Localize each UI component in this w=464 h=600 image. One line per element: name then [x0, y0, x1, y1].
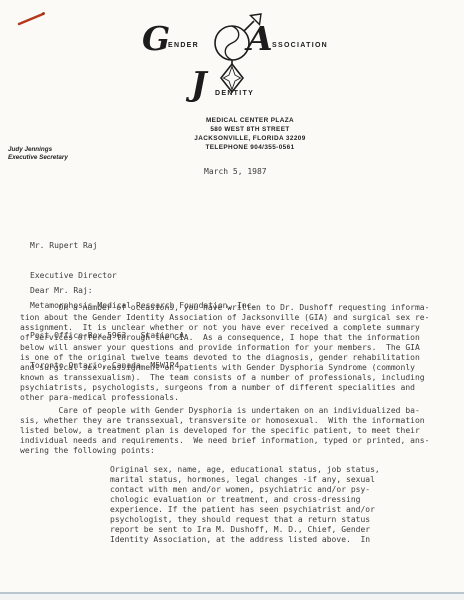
- address-line: MEDICAL CENTER PLAZA: [155, 116, 345, 125]
- logo-gender-word: ENDER: [168, 42, 199, 49]
- scanned-letter-page: G ENDER A SSOCIATION J DENTITY MEDICAL C…: [0, 0, 464, 600]
- logo-gender-initial: G: [142, 22, 170, 55]
- staff-name: Judy Jennings: [8, 146, 68, 154]
- body-paragraph-2: Care of people with Gender Dysphoria is …: [20, 406, 450, 456]
- address-line: TELEPHONE 904/355-0561: [155, 143, 345, 152]
- recipient-line: Mr. Rupert Raj: [30, 241, 256, 251]
- staff-title: Executive Secretary: [8, 154, 68, 162]
- address-line: 580 WEST 8TH STREET: [155, 125, 345, 134]
- body-paragraph-1: On a number of occasions, you have writt…: [20, 303, 450, 403]
- gender-symbol-icon: [202, 5, 272, 97]
- staff-block: Judy Jennings Executive Secretary: [8, 146, 68, 162]
- letter-date: March 5, 1987: [204, 167, 267, 177]
- recipient-line: Executive Director: [30, 271, 256, 281]
- address-line: JACKSONVILLE, FLORIDA 32209: [155, 134, 345, 143]
- red-pen-mark-icon: [14, 6, 54, 30]
- body-indented-block: Original sex, name, age, educational sta…: [110, 465, 410, 545]
- scan-edge-margin: [0, 594, 464, 600]
- logo-association-word: SSOCIATION: [272, 42, 328, 49]
- salutation: Dear Mr. Raj:: [30, 286, 93, 296]
- letterhead-address: MEDICAL CENTER PLAZA 580 WEST 8TH STREET…: [155, 116, 345, 152]
